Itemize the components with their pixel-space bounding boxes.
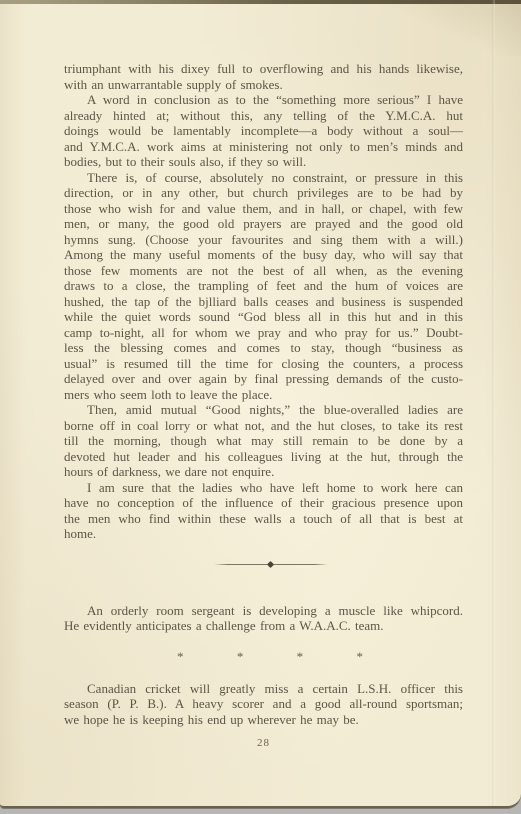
text-line: He evidently anticipates a challenge fro… — [64, 618, 463, 634]
text-line: we hope he is keeping his end up whereve… — [64, 712, 463, 728]
text-line: the men who find within these walls a to… — [64, 511, 463, 527]
paragraph: Then, amid mutual “Good nights,” the blu… — [64, 402, 463, 480]
text-line: borne off in coal lorry or what not, and… — [64, 418, 463, 434]
text-line: less the blessing comes and comes to sta… — [64, 340, 463, 356]
text-line: till the morning, though what may still … — [64, 433, 463, 449]
text-line: Then, amid mutual “Good nights,” the blu… — [64, 402, 463, 418]
paragraph: triumphant with his dixey full to overfl… — [64, 61, 463, 92]
text-line: doings would be lamentably incomplete—a … — [64, 123, 463, 139]
paragraph: An orderly room sergeant is developing a… — [64, 603, 463, 634]
text-line: There is, of course, absolutely no const… — [64, 170, 463, 186]
scanned-page: triumphant with his dixey full to overfl… — [0, 0, 521, 808]
text-line: those who wish for and value them, and i… — [64, 201, 463, 217]
asterisk-separator: * * * * — [177, 649, 363, 664]
paragraph: There is, of course, absolutely no const… — [64, 170, 463, 403]
paragraph: A word in conclusion as to the “somethin… — [64, 92, 463, 170]
text-line: Canadian cricket will greatly miss a cer… — [64, 681, 463, 697]
text-line: home. — [64, 526, 463, 542]
divider-diamond-icon — [267, 560, 274, 567]
text-line: Among the many useful moments of the bus… — [64, 247, 463, 263]
asterisk-icon: * — [237, 649, 244, 664]
text-line: mers who seem loth to leave the place. — [64, 387, 463, 403]
text-line: season (P. P. B.). A heavy scorer and a … — [64, 696, 463, 712]
text-line: and Y.M.C.A. work aims at ministering no… — [64, 139, 463, 155]
note-paragraph-1: An orderly room sergeant is developing a… — [64, 603, 463, 634]
note-paragraph-2: Canadian cricket will greatly miss a cer… — [64, 681, 463, 728]
text-line: devoted hut leader and his colleagues li… — [64, 449, 463, 465]
text-line: men, or many, the good old prayers are p… — [64, 216, 463, 232]
asterisk-icon: * — [297, 649, 304, 664]
text-line: with an unwarrantable supply of smokes. — [64, 77, 463, 93]
page-content: triumphant with his dixey full to overfl… — [64, 0, 463, 752]
page-crease — [492, 0, 495, 806]
text-line: bodies, but to their souls also, if they… — [64, 154, 463, 170]
section-divider — [214, 562, 328, 567]
scan-background: { "page": { "number": "28", "paper_color… — [0, 0, 521, 814]
text-line: have no conception of the influence of t… — [64, 495, 463, 511]
text-line: usual” is resumed till the time for clos… — [64, 356, 463, 372]
text-line: those few moments are not the best of al… — [64, 263, 463, 279]
paragraph: Canadian cricket will greatly miss a cer… — [64, 681, 463, 728]
text-line: A word in conclusion as to the “somethin… — [64, 92, 463, 108]
page-number: 28 — [64, 736, 463, 752]
text-line: I am sure that the ladies who have left … — [64, 480, 463, 496]
text-line: delayed over and over again by final pre… — [64, 371, 463, 387]
asterisk-icon: * — [177, 649, 184, 664]
text-line: already hinted at; without this, any tel… — [64, 108, 463, 124]
text-line: hours of darkness, we dare not enquire. — [64, 464, 463, 480]
text-line: while the quiet words sound “God bless a… — [64, 309, 463, 325]
text-line: direction, or in any other, but church p… — [64, 185, 463, 201]
text-line: An orderly room sergeant is developing a… — [64, 603, 463, 619]
text-line: draws to a close, the trampling of feet … — [64, 278, 463, 294]
text-line: triumphant with his dixey full to overfl… — [64, 61, 463, 77]
asterisk-icon: * — [356, 649, 363, 664]
body-text: triumphant with his dixey full to overfl… — [64, 61, 463, 542]
text-line: hymns sung. (Choose your favourites and … — [64, 232, 463, 248]
text-line: hushed, the tap of the bjlliard balls ce… — [64, 294, 463, 310]
paragraph: I am sure that the ladies who have left … — [64, 480, 463, 542]
text-line: camp to-night, all for whom we pray and … — [64, 325, 463, 341]
